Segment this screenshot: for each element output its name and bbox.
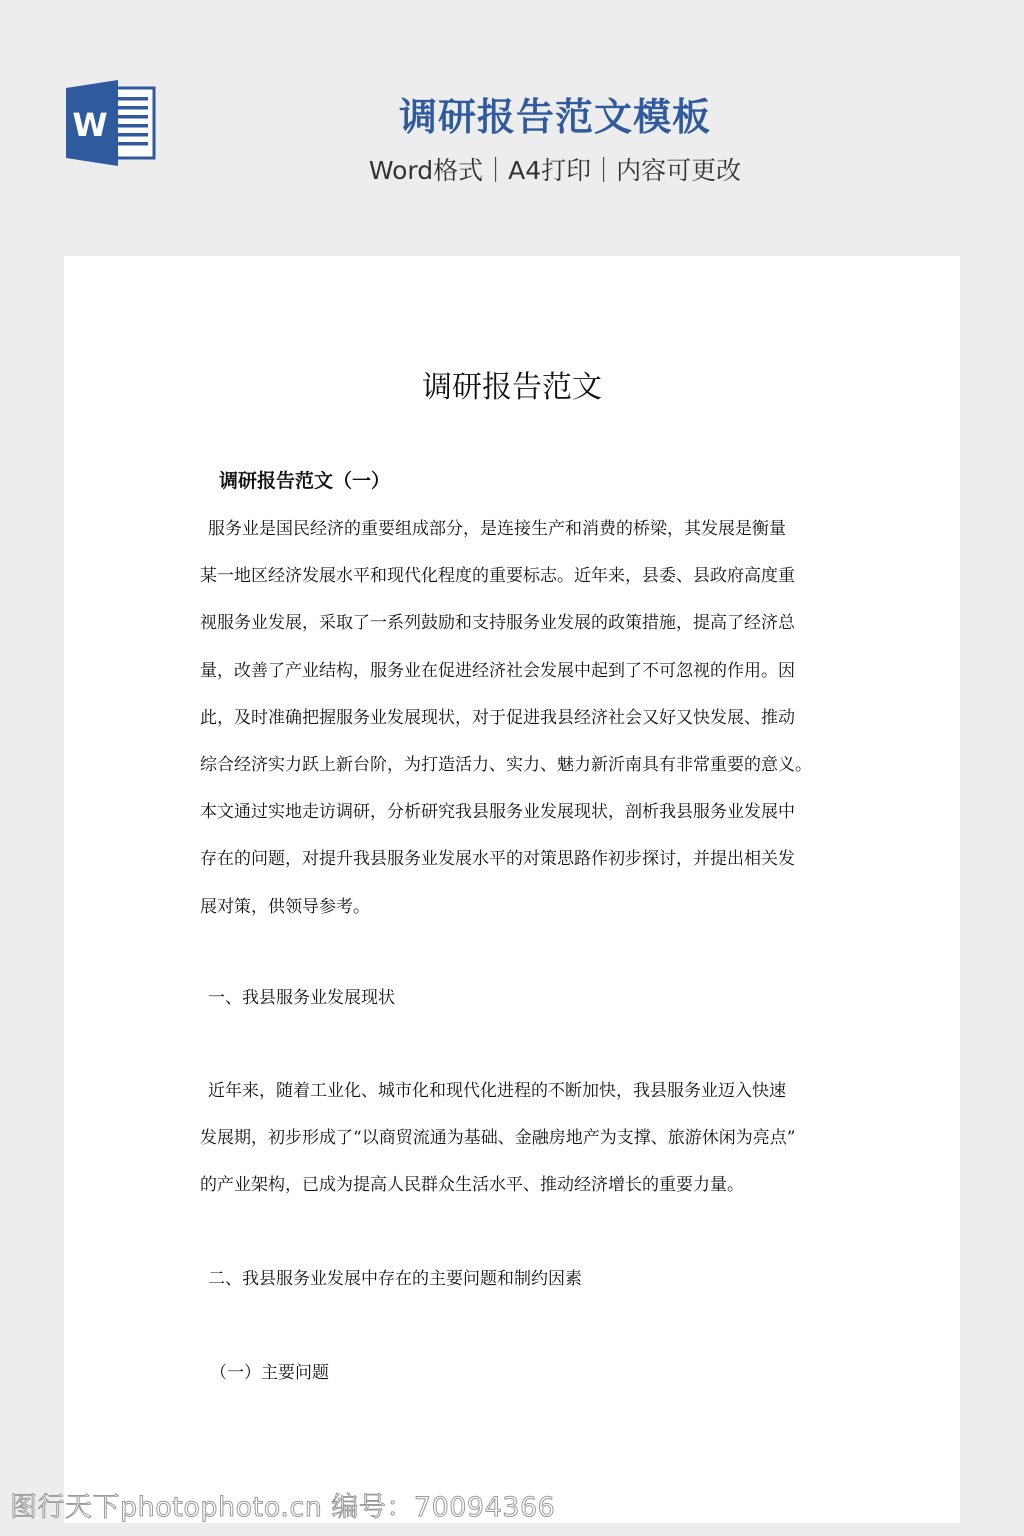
text-line: 展对策，供领导参考。 [200, 884, 826, 931]
promo-subtitle: Word格式｜A4打印｜内容可更改 [340, 152, 770, 190]
text-line: 的产业架构，已成为提高人民群众生活水平、推动经济增长的重要力量。 [200, 1162, 826, 1209]
text-line: 本文通过实地走访调研，分析研究我县服务业发展现状，剖析我县服务业发展中 [200, 789, 826, 836]
text-line: 量，改善了产业结构，服务业在促进经济社会发展中起到了不可忽视的作用。因 [200, 648, 826, 695]
document-title: 调研报告范文 [64, 366, 960, 410]
text-line: 综合经济实力跃上新台阶，为打造活力、实力、魅力新沂南具有非常重要的意义。 [200, 742, 826, 789]
text-line: 发展期，初步形成了“以商贸流通为基础、金融房地产为支撑、旅游休闲为亮点” [200, 1115, 826, 1162]
text-line: 服务业是国民经济的重要组成部分，是连接生产和消费的桥梁，其发展是衡量 [200, 506, 826, 553]
intro-paragraph: 服务业是国民经济的重要组成部分，是连接生产和消费的桥梁，其发展是衡量 某一地区经… [200, 506, 826, 931]
text-line: 近年来，随着工业化、城市化和现代化进程的不断加快，我县服务业迈入快速 [200, 1068, 826, 1115]
text-line: 存在的问题，对提升我县服务业发展水平的对策思路作初步探讨，并提出相关发 [200, 836, 826, 883]
status-paragraph: 近年来，随着工业化、城市化和现代化进程的不断加快，我县服务业迈入快速 发展期，初… [200, 1068, 826, 1210]
word-icon: W [64, 80, 156, 166]
promo-title: 调研报告范文模板 [340, 92, 770, 142]
text-line: 某一地区经济发展水平和现代化程度的重要标志。近年来，县委、县政府高度重 [200, 553, 826, 600]
text-line: 此，及时准确把握服务业发展现状，对于促进我县经济社会又好又快发展、推动 [200, 695, 826, 742]
section-title: 调研报告范文（一） [219, 466, 390, 496]
heading-main-problems: （一）主要问题 [210, 1358, 329, 1388]
document-page: 调研报告范文 调研报告范文（一） 服务业是国民经济的重要组成部分，是连接生产和消… [64, 256, 960, 1523]
watermark: 图行天下photophoto.cn 编号：70094366 [10, 1490, 555, 1526]
svg-text:W: W [72, 106, 107, 144]
text-line: 视服务业发展，采取了一系列鼓励和支持服务业发展的政策措施，提高了经济总 [200, 600, 826, 647]
heading-problems: 二、我县服务业发展中存在的主要问题和制约因素 [208, 1264, 582, 1294]
heading-current-status: 一、我县服务业发展现状 [208, 983, 395, 1013]
promo-header: W 调研报告范文模板 Word格式｜A4打印｜内容可更改 [0, 0, 1024, 256]
